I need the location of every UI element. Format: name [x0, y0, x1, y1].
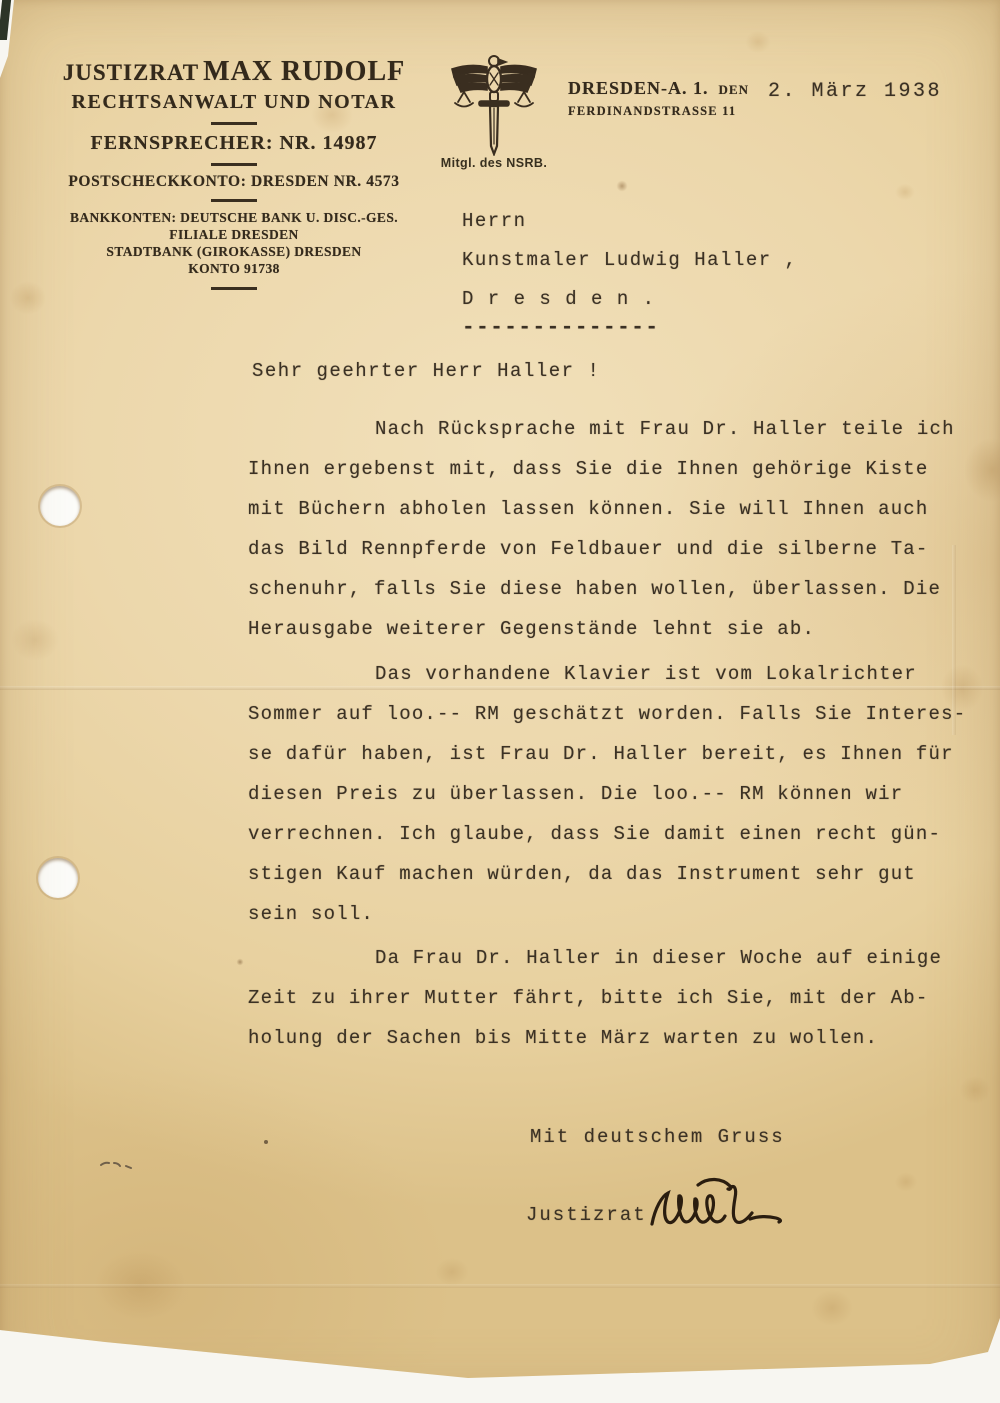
letterhead-name-main: MAX RUDOLF: [203, 56, 405, 87]
letterhead-rule: [211, 122, 257, 125]
text-line: se dafür haben, ist Frau Dr. Haller bere…: [248, 743, 978, 783]
letterhead-bank-accounts: BANKKONTEN: DEUTSCHE BANK U. DISC.-GES.F…: [58, 209, 410, 277]
signature-rudolf: [642, 1172, 800, 1244]
signer-title: Justizrat: [526, 1204, 647, 1226]
letterhead-rule: [211, 287, 257, 290]
city-suffix: DEN: [719, 82, 749, 97]
letterhead-name: JUSTIZRAT MAX RUDOLF: [58, 56, 410, 88]
punch-hole-top: [40, 486, 80, 526]
city-main: DRESDEN-A. 1.: [568, 78, 709, 98]
nsrb-eagle-scales-sword-icon: [448, 52, 540, 156]
paragraph-1: Nach Rücksprache mit Frau Dr. Haller tei…: [248, 418, 978, 658]
text-line: BANKKONTEN: DEUTSCHE BANK U. DISC.-GES.: [58, 209, 410, 226]
scanner-edge-artifact: [0, 0, 11, 40]
punch-hole-bottom: [38, 858, 78, 898]
signature-block: Justizrat: [526, 1204, 647, 1226]
text-line: Zeit zu ihrer Mutter fährt, bitte ich Si…: [248, 987, 978, 1027]
text-line: stigen Kauf machen würden, da das Instru…: [248, 863, 978, 903]
text-line: diesen Preis zu überlassen. Die loo.-- R…: [248, 783, 978, 823]
letterhead-name-prefix: JUSTIZRAT: [63, 60, 199, 85]
street-line: FERDINANDSTRASSE 11: [568, 104, 749, 119]
text-line: Das vorhandene Klavier ist vom Lokalrich…: [248, 663, 978, 703]
text-line: Herrn: [462, 210, 797, 249]
letterhead-phone: FERNSPRECHER: NR. 14987: [58, 132, 410, 155]
fold-crease-bottom: [0, 1284, 1000, 1288]
emblem-caption: Mitgl. des NSRB.: [434, 156, 554, 170]
text-line: STADTBANK (GIROKASSE) DRESDEN: [58, 243, 410, 260]
stray-ink-dot: [264, 1140, 268, 1144]
text-line: mit Büchern abholen lassen können. Sie w…: [248, 498, 978, 538]
paragraph-3: Da Frau Dr. Haller in dieser Woche auf e…: [248, 947, 978, 1067]
text-line: Nach Rücksprache mit Frau Dr. Haller tei…: [248, 418, 978, 458]
letterhead-right: DRESDEN-A. 1. DEN FERDINANDSTRASSE 11: [568, 78, 749, 119]
text-line: FILIALE DRESDEN: [58, 226, 410, 243]
letterhead-postal-account: POSTSCHECKKONTO: DRESDEN NR. 4573: [58, 173, 410, 191]
letter-scan: JUSTIZRAT MAX RUDOLF RECHTSANWALT UND NO…: [0, 0, 1000, 1403]
letterhead-rule: [211, 199, 257, 202]
recipient-block: HerrnKunstmaler Ludwig Haller ,D r e s d…: [462, 210, 797, 340]
letterhead-left: JUSTIZRAT MAX RUDOLF RECHTSANWALT UND NO…: [58, 56, 410, 297]
recipient-underline: --------------: [462, 317, 797, 340]
letterhead-subtitle: RECHTSANWALT UND NOTAR: [58, 91, 410, 114]
letter-sheet: JUSTIZRAT MAX RUDOLF RECHTSANWALT UND NO…: [0, 0, 1000, 1403]
text-line: holung der Sachen bis Mitte März warten …: [248, 1027, 978, 1067]
text-line: Kunstmaler Ludwig Haller ,: [462, 249, 797, 288]
text-line: KONTO 91738: [58, 260, 410, 277]
text-line: das Bild Rennpferde von Feldbauer und di…: [248, 538, 978, 578]
text-line: schenuhr, falls Sie diese haben wollen, …: [248, 578, 978, 618]
text-line: Herausgabe weiterer Gegenstände lehnt si…: [248, 618, 978, 658]
letterhead-rule: [211, 163, 257, 166]
city-line: DRESDEN-A. 1. DEN: [568, 78, 749, 99]
text-line: Ihnen ergebenst mit, dass Sie die Ihnen …: [248, 458, 978, 498]
salutation: Sehr geehrter Herr Haller !: [252, 360, 600, 382]
paragraph-2: Das vorhandene Klavier ist vom Lokalrich…: [248, 663, 978, 943]
recipient-lines: HerrnKunstmaler Ludwig Haller ,D r e s d…: [462, 210, 797, 327]
pencil-mark: [98, 1156, 144, 1172]
text-line: Sommer auf loo.-- RM geschätzt worden. F…: [248, 703, 978, 743]
typed-date: 2. März 1938: [768, 80, 942, 103]
closing-salute: Mit deutschem Gruss: [530, 1126, 785, 1148]
text-line: sein soll.: [248, 903, 978, 943]
text-line: verrechnen. Ich glaube, dass Sie damit e…: [248, 823, 978, 863]
nsrb-emblem: [448, 52, 540, 161]
text-line: Da Frau Dr. Haller in dieser Woche auf e…: [248, 947, 978, 987]
